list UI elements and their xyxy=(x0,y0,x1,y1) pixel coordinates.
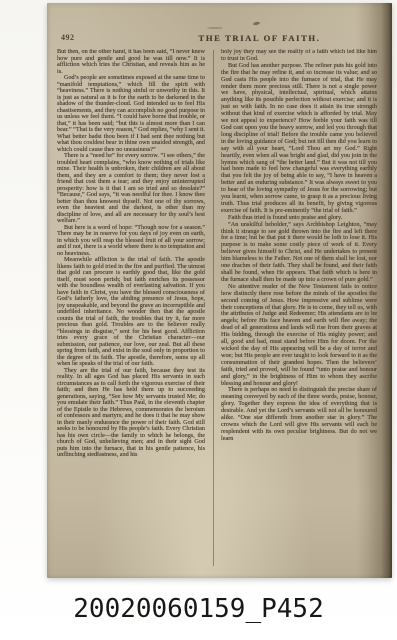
paragraph: holy joy they may see the reality of a f… xyxy=(221,49,377,63)
paper-smudge xyxy=(207,27,223,29)
left-column: But then, on the other hand, it has been… xyxy=(57,49,205,571)
accession-number-label: 20020060159_P452 xyxy=(0,593,397,625)
column-divider-rule xyxy=(213,50,214,566)
ink-speck xyxy=(253,21,260,25)
page-header: 492 THE TRIAL OF FAITH. xyxy=(59,33,380,45)
page-number: 492 xyxy=(61,33,75,42)
book-page: 492 THE TRIAL OF FAITH. But then, on the… xyxy=(47,3,392,578)
paragraph: But then, on the other hand, it has been… xyxy=(57,49,205,75)
page-body: But then, on the other hand, it has been… xyxy=(57,49,379,571)
right-column: holy joy they may see the reality of a f… xyxy=(221,49,377,571)
page-curl-shadow xyxy=(356,3,392,578)
paragraph: God’s people are sometimes exposed at th… xyxy=(57,75,205,153)
paragraph: But here is a word of hope: “Though now … xyxy=(57,225,205,258)
paragraph: There is perhaps no need to distinguish … xyxy=(221,387,377,442)
paragraph: “An unskilful beholder,” says Archbishop… xyxy=(221,222,377,284)
scanned-page-photo: 492 THE TRIAL OF FAITH. But then, on the… xyxy=(0,0,397,640)
paragraph: But God has another purpose. The refiner… xyxy=(221,63,377,215)
paragraph: No attentive reader of the New Testament… xyxy=(221,284,377,388)
paragraph: Meanwhile affliction is the trial of fai… xyxy=(57,257,205,368)
paragraph: They are the trial of our faith, because… xyxy=(57,368,205,459)
paragraph: There is a “need be” for every sorrow. “… xyxy=(57,153,205,225)
running-title: THE TRIAL OF FAITH. xyxy=(139,33,380,43)
